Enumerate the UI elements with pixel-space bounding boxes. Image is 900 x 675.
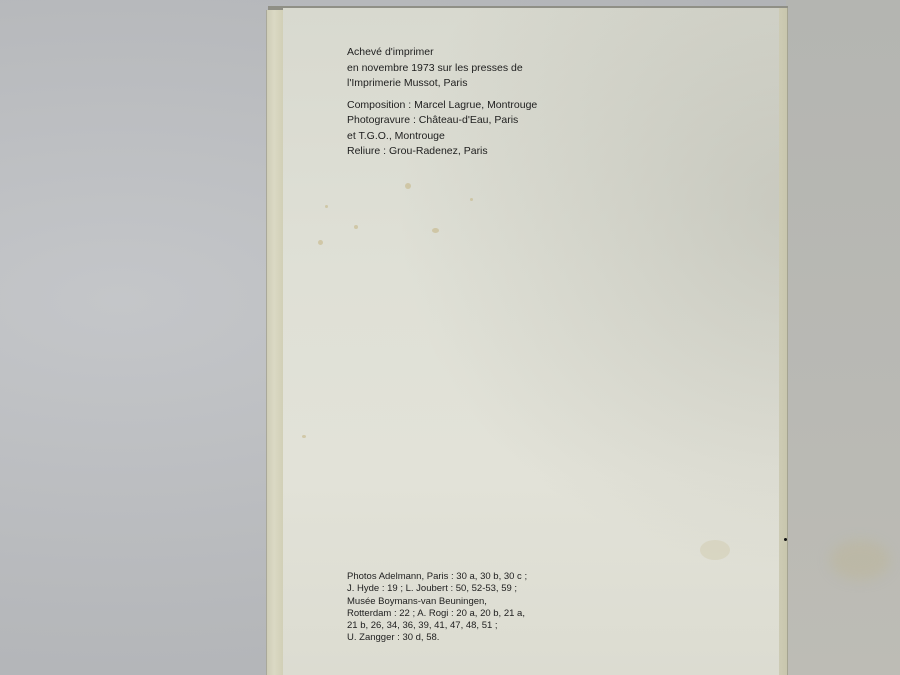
production-line: et T.G.O., Montrouge xyxy=(347,129,537,145)
stain xyxy=(830,540,890,580)
credit-line: J. Hyde : 19 ; L. Joubert : 50, 52-53, 5… xyxy=(347,583,527,595)
credit-line: Rotterdam : 22 ; A. Rogi : 20 a, 20 b, 2… xyxy=(347,608,527,620)
foxing-spot xyxy=(302,435,306,438)
production-line: Photogravure : Château-d'Eau, Paris xyxy=(347,113,537,129)
dust-speck xyxy=(784,538,787,541)
foxing-spot xyxy=(432,228,439,233)
credit-line: Photos Adelmann, Paris : 30 a, 30 b, 30 … xyxy=(347,571,527,583)
credit-line: U. Zangger : 30 d, 58. xyxy=(347,632,527,644)
photo-credits: Photos Adelmann, Paris : 30 a, 30 b, 30 … xyxy=(347,571,527,645)
printing-info: Achevé d'imprimer en novembre 1973 sur l… xyxy=(347,45,537,92)
foxing-spot xyxy=(700,540,730,560)
foxing-spot xyxy=(325,205,328,208)
foxing-spot xyxy=(354,225,358,229)
foxing-spot xyxy=(318,240,323,245)
printing-line: l'Imprimerie Mussot, Paris xyxy=(347,76,537,92)
foxing-spot xyxy=(470,198,473,201)
credit-line: Musée Boymans-van Beuningen, xyxy=(347,596,527,608)
page-gutter xyxy=(779,8,788,675)
colophon: Achevé d'imprimer en novembre 1973 sur l… xyxy=(347,45,537,166)
production-line: Composition : Marcel Lagrue, Montrouge xyxy=(347,98,537,114)
foxing-spot xyxy=(405,183,411,189)
printing-line: en novembre 1973 sur les presses de xyxy=(347,61,537,77)
production-line: Reliure : Grou-Radenez, Paris xyxy=(347,144,537,160)
printing-line: Achevé d'imprimer xyxy=(347,45,537,61)
credit-line: 21 b, 26, 34, 36, 39, 41, 47, 48, 51 ; xyxy=(347,620,527,632)
production-info: Composition : Marcel Lagrue, Montrouge P… xyxy=(347,98,537,160)
